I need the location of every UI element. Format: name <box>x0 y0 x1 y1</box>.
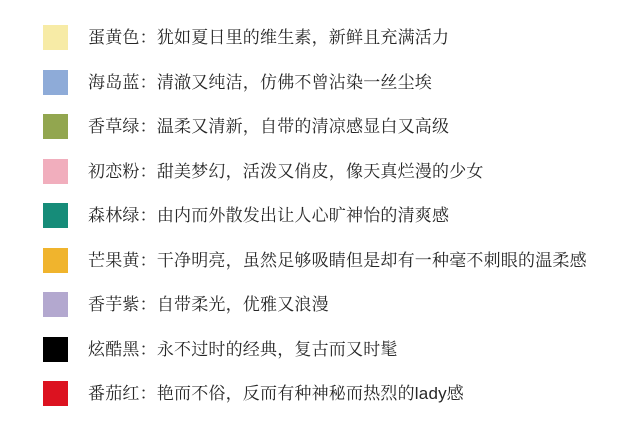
color-name: 香草绿 <box>88 117 140 136</box>
color-swatch <box>43 337 68 362</box>
color-name: 芒果黄 <box>88 251 140 270</box>
color-description: 清澈又纯洁，仿佛不曾沾染一丝尘埃 <box>157 73 432 92</box>
color-description: 艳而不俗，反而有种神秘而热烈的lady感 <box>157 384 464 403</box>
color-description: 温柔又清新，自带的清凉感显白又高级 <box>157 117 449 136</box>
color-row: 海岛蓝：清澈又纯洁，仿佛不曾沾染一丝尘埃 <box>43 70 640 95</box>
color-label: 初恋粉：甜美梦幻，活泼又俏皮，像天真烂漫的少女 <box>88 159 484 184</box>
color-row: 芒果黄：干净明亮，虽然足够吸睛但是却有一种毫不刺眼的温柔感 <box>43 248 640 273</box>
color-swatch <box>43 114 68 139</box>
color-name: 森林绿 <box>88 206 140 225</box>
color-description: 干净明亮，虽然足够吸睛但是却有一种毫不刺眼的温柔感 <box>157 251 587 270</box>
color-swatch <box>43 292 68 317</box>
color-row: 蛋黄色：犹如夏日里的维生素，新鲜且充满活力 <box>43 25 640 50</box>
color-swatch <box>43 203 68 228</box>
color-name: 番茄红 <box>88 384 140 403</box>
colon-separator: ： <box>140 73 157 92</box>
color-row: 香芋紫：自带柔光，优雅又浪漫 <box>43 292 640 317</box>
color-label: 香草绿：温柔又清新，自带的清凉感显白又高级 <box>88 114 449 139</box>
color-description: 永不过时的经典，复古而又时髦 <box>157 340 398 359</box>
color-name: 香芋紫 <box>88 295 140 314</box>
colon-separator: ： <box>140 384 157 403</box>
color-swatch <box>43 159 68 184</box>
colon-separator: ： <box>140 28 157 47</box>
color-row: 炫酷黑：永不过时的经典，复古而又时髦 <box>43 337 640 362</box>
color-name: 炫酷黑 <box>88 340 140 359</box>
color-name: 海岛蓝 <box>88 73 140 92</box>
colon-separator: ： <box>140 117 157 136</box>
colon-separator: ： <box>140 206 157 225</box>
color-name: 蛋黄色 <box>88 28 140 47</box>
color-label: 森林绿：由内而外散发出让人心旷神怡的清爽感 <box>88 203 449 228</box>
color-swatch <box>43 70 68 95</box>
color-label: 海岛蓝：清澈又纯洁，仿佛不曾沾染一丝尘埃 <box>88 70 432 95</box>
colon-separator: ： <box>140 295 157 314</box>
color-row: 香草绿：温柔又清新，自带的清凉感显白又高级 <box>43 114 640 139</box>
color-label: 炫酷黑：永不过时的经典，复古而又时髦 <box>88 337 398 362</box>
color-description: 犹如夏日里的维生素，新鲜且充满活力 <box>157 28 449 47</box>
colon-separator: ： <box>140 340 157 359</box>
color-label: 蛋黄色：犹如夏日里的维生素，新鲜且充满活力 <box>88 25 449 50</box>
color-description: 由内而外散发出让人心旷神怡的清爽感 <box>157 206 449 225</box>
color-label: 番茄红：艳而不俗，反而有种神秘而热烈的lady感 <box>88 381 464 406</box>
color-description: 自带柔光，优雅又浪漫 <box>157 295 329 314</box>
color-description: 甜美梦幻，活泼又俏皮，像天真烂漫的少女 <box>157 162 484 181</box>
color-palette-list: 蛋黄色：犹如夏日里的维生素，新鲜且充满活力 海岛蓝：清澈又纯洁，仿佛不曾沾染一丝… <box>0 0 640 437</box>
color-swatch <box>43 25 68 50</box>
colon-separator: ： <box>140 162 157 181</box>
color-name: 初恋粉 <box>88 162 140 181</box>
color-row: 番茄红：艳而不俗，反而有种神秘而热烈的lady感 <box>43 381 640 406</box>
color-row: 初恋粉：甜美梦幻，活泼又俏皮，像天真烂漫的少女 <box>43 159 640 184</box>
color-row: 森林绿：由内而外散发出让人心旷神怡的清爽感 <box>43 203 640 228</box>
color-label: 芒果黄：干净明亮，虽然足够吸睛但是却有一种毫不刺眼的温柔感 <box>88 248 587 273</box>
colon-separator: ： <box>140 251 157 270</box>
color-label: 香芋紫：自带柔光，优雅又浪漫 <box>88 292 329 317</box>
color-swatch <box>43 381 68 406</box>
color-swatch <box>43 248 68 273</box>
